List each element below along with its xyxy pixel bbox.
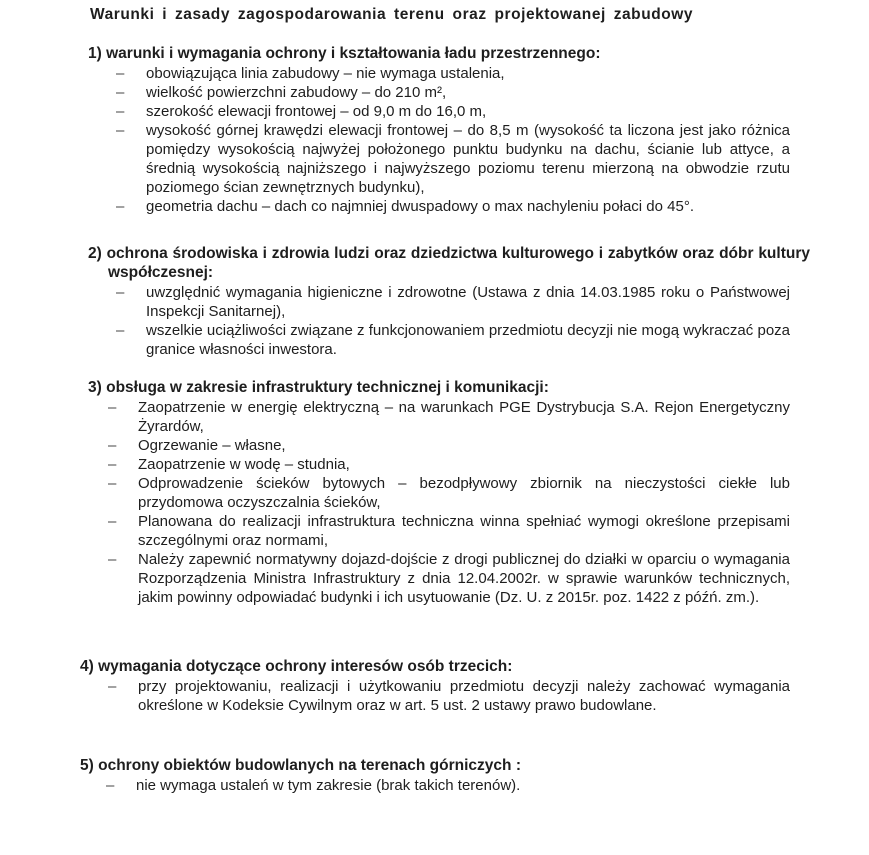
section-heading: 2) ochrona środowiska i zdrowia ludzi or… (88, 244, 810, 282)
section-5: 5) ochrony obiektów budowlanych na teren… (0, 756, 869, 795)
list-item: –Zaopatrzenie w energię elektryczną – na… (138, 398, 790, 436)
section-items: –uwzględnić wymagania higieniczne i zdro… (146, 283, 790, 359)
dash-bullet-icon: – (116, 197, 124, 216)
list-item: –Należy zapewnić normatywny dojazd-dojśc… (138, 550, 790, 607)
list-item: –uwzględnić wymagania higieniczne i zdro… (146, 283, 790, 321)
dash-bullet-icon: – (108, 550, 116, 569)
document-page: Warunki i zasady zagospodarowania terenu… (0, 0, 869, 855)
section-number: 5) (80, 757, 94, 774)
section-heading-text: warunki i wymagania ochrony i kształtowa… (106, 45, 600, 62)
dash-bullet-icon: – (108, 512, 116, 531)
section-items: –przy projektowaniu, realizacji i użytko… (138, 677, 790, 715)
list-item: –przy projektowaniu, realizacji i użytko… (138, 677, 790, 715)
list-item: –nie wymaga ustaleń w tym zakresie (brak… (136, 776, 790, 795)
list-item: –Odprowadzenie ścieków bytowych – bezodp… (138, 474, 790, 512)
dash-bullet-icon: – (116, 83, 124, 102)
dash-bullet-icon: – (116, 321, 124, 340)
list-item: –wysokość górnej krawędzi elewacji front… (146, 121, 790, 197)
section-heading: 5) ochrony obiektów budowlanych na teren… (80, 756, 800, 775)
list-item: –obowiązująca linia zabudowy – nie wymag… (146, 64, 790, 83)
section-number: 1) (88, 45, 102, 62)
section-heading: 3) obsługa w zakresie infrastruktury tec… (88, 378, 808, 397)
list-item: –Ogrzewanie – własne, (138, 436, 790, 455)
section-heading-text: ochrony obiektów budowlanych na terenach… (98, 757, 521, 774)
section-3: 3) obsługa w zakresie infrastruktury tec… (0, 378, 869, 607)
dash-bullet-icon: – (108, 436, 116, 455)
section-number: 3) (88, 379, 102, 396)
document-title: Warunki i zasady zagospodarowania terenu… (90, 6, 693, 24)
section-items: –nie wymaga ustaleń w tym zakresie (brak… (136, 776, 790, 795)
list-item: –wszelkie uciążliwości związane z funkcj… (146, 321, 790, 359)
dash-bullet-icon: – (108, 474, 116, 493)
section-1: 1) warunki i wymagania ochrony i kształt… (0, 44, 869, 216)
section-heading-text: obsługa w zakresie infrastruktury techni… (106, 379, 549, 396)
list-item: –Planowana do realizacji infrastruktura … (138, 512, 790, 550)
section-number: 2) (88, 245, 102, 262)
dash-bullet-icon: – (108, 677, 116, 696)
section-2: 2) ochrona środowiska i zdrowia ludzi or… (0, 244, 869, 359)
section-4: 4) wymagania dotyczące ochrony interesów… (0, 657, 869, 715)
dash-bullet-icon: – (108, 455, 116, 474)
dash-bullet-icon: – (116, 121, 124, 140)
section-heading: 1) warunki i wymagania ochrony i kształt… (88, 44, 808, 63)
section-heading-text: ochrona środowiska i zdrowia ludzi oraz … (107, 245, 810, 281)
dash-bullet-icon: – (106, 776, 114, 795)
list-item: –Zaopatrzenie w wodę – studnia, (138, 455, 790, 474)
dash-bullet-icon: – (116, 102, 124, 121)
section-heading-text: wymagania dotyczące ochrony interesów os… (98, 658, 512, 675)
section-heading: 4) wymagania dotyczące ochrony interesów… (80, 657, 800, 676)
section-items: –Zaopatrzenie w energię elektryczną – na… (138, 398, 790, 607)
section-number: 4) (80, 658, 94, 675)
list-item: –wielkość powierzchni zabudowy – do 210 … (146, 83, 790, 102)
dash-bullet-icon: – (116, 64, 124, 83)
list-item: –szerokość elewacji frontowej – od 9,0 m… (146, 102, 790, 121)
section-items: –obowiązująca linia zabudowy – nie wymag… (146, 64, 790, 216)
dash-bullet-icon: – (108, 398, 116, 417)
dash-bullet-icon: – (116, 283, 124, 302)
list-item: –geometria dachu – dach co najmniej dwus… (146, 197, 790, 216)
